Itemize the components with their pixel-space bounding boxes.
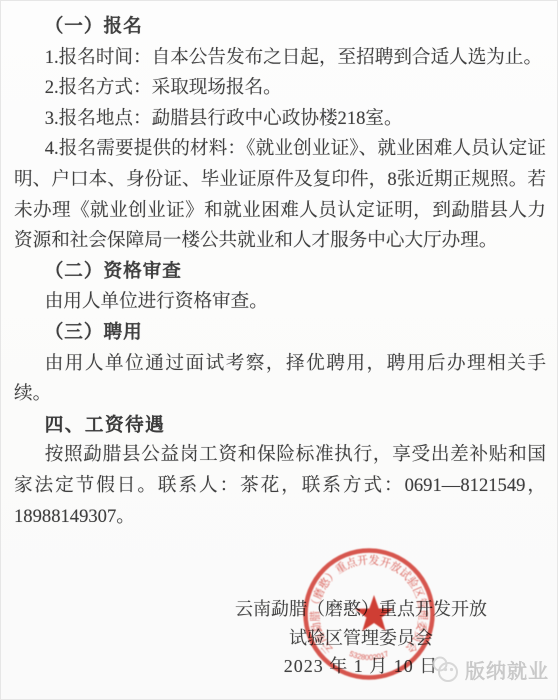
paragraph-baoming-location: 3.报名地点：勐腊县行政中心政协楼218室。 bbox=[14, 104, 546, 135]
paragraph-baoming-method: 2.报名方式：采取现场报名。 bbox=[14, 73, 546, 104]
section-heading-gongzi-daiyu: 四、工资待遇 bbox=[14, 410, 546, 441]
section-heading-baoming: （一）报名 bbox=[14, 12, 546, 43]
document-page: （一）报名 1.报名时间：自本公告发布之日起，至招聘到合适人选为止。 2.报名方… bbox=[0, 0, 558, 700]
section-heading-zige-shencha: （二）资格审查 bbox=[14, 257, 546, 288]
document-body: （一）报名 1.报名时间：自本公告发布之日起，至招聘到合适人选为止。 2.报名方… bbox=[14, 12, 546, 532]
watermark: 版纳就业 bbox=[429, 653, 549, 685]
watermark-text: 版纳就业 bbox=[465, 655, 549, 684]
section-heading-pinyong: （三）聘用 bbox=[14, 318, 546, 349]
seal-code-text: 5328002017 bbox=[348, 649, 390, 662]
paragraph-baoming-materials: 4.报名需要提供的材料：《就业创业证》、就业困难人员认定证明、户口本、身份证、毕… bbox=[14, 134, 546, 256]
paragraph-pinyong: 由用人单位通过面试考察，择优聘用，聘用后办理相关手续。 bbox=[14, 349, 546, 410]
watermark-logo-icon bbox=[429, 653, 461, 685]
paragraph-baoming-time: 1.报名时间：自本公告发布之日起，至招聘到合适人选为止。 bbox=[14, 43, 546, 74]
star-icon bbox=[355, 595, 393, 631]
official-seal: 云南勐腊（磨憨）重点开发开放试验区管理委员会 5328002017 bbox=[294, 539, 444, 689]
paragraph-zige-shencha: 由用人单位进行资格审查。 bbox=[14, 287, 546, 318]
paragraph-gongzi-daiyu: 按照勐腊县公益岗工资和保险标准执行，享受出差补贴和国家法定节假日。联系人：茶花，… bbox=[14, 440, 546, 532]
